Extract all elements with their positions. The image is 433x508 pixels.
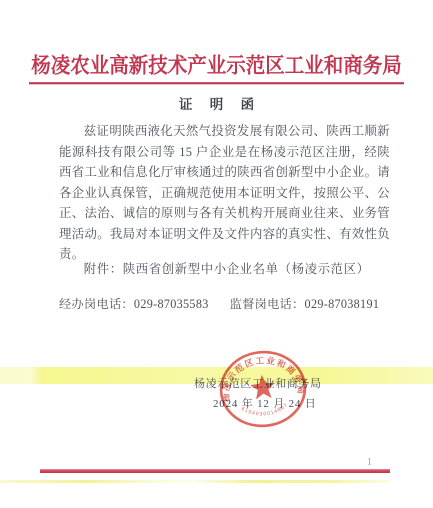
letterhead: 杨凌农业高新技术产业示范区工业和商务局 [0, 50, 433, 83]
page-title: 杨凌农业高新技术产业示范区工业和商务局 [29, 49, 404, 85]
footer-yellow-line [0, 480, 389, 483]
official-seal-stamp: 杨凌示范区工业和商务局 6104030014807 [215, 345, 312, 433]
seal-serial-holder: 6104030014807 [240, 402, 291, 420]
footer-red-line [40, 469, 390, 473]
document-page: 杨凌农业高新技术产业示范区工业和商务局 证 明 函 兹证明陕西液化天然气投资发展… [0, 0, 433, 508]
seal-star-icon [249, 374, 276, 400]
contact-line: 经办岗电话：029-87035583监督岗电话：029-87038191 [59, 295, 419, 312]
body-paragraph: 兹证明陕西液化天然气投资发展有限公司、陕西工顺新能源科技有限公司等 15 户企业… [59, 121, 390, 265]
supervisor-phone: 监督岗电话：029-87038191 [230, 297, 380, 311]
attachment-line: 附件：陕西省创新型中小企业名单（杨凌示范区） [59, 259, 399, 277]
document-type-heading: 证 明 函 [0, 93, 433, 113]
seal-serial-number: 6104030014807 [240, 402, 291, 420]
handler-phone: 经办岗电话：029-87035583 [59, 297, 209, 311]
page-number: 1 [367, 457, 372, 468]
